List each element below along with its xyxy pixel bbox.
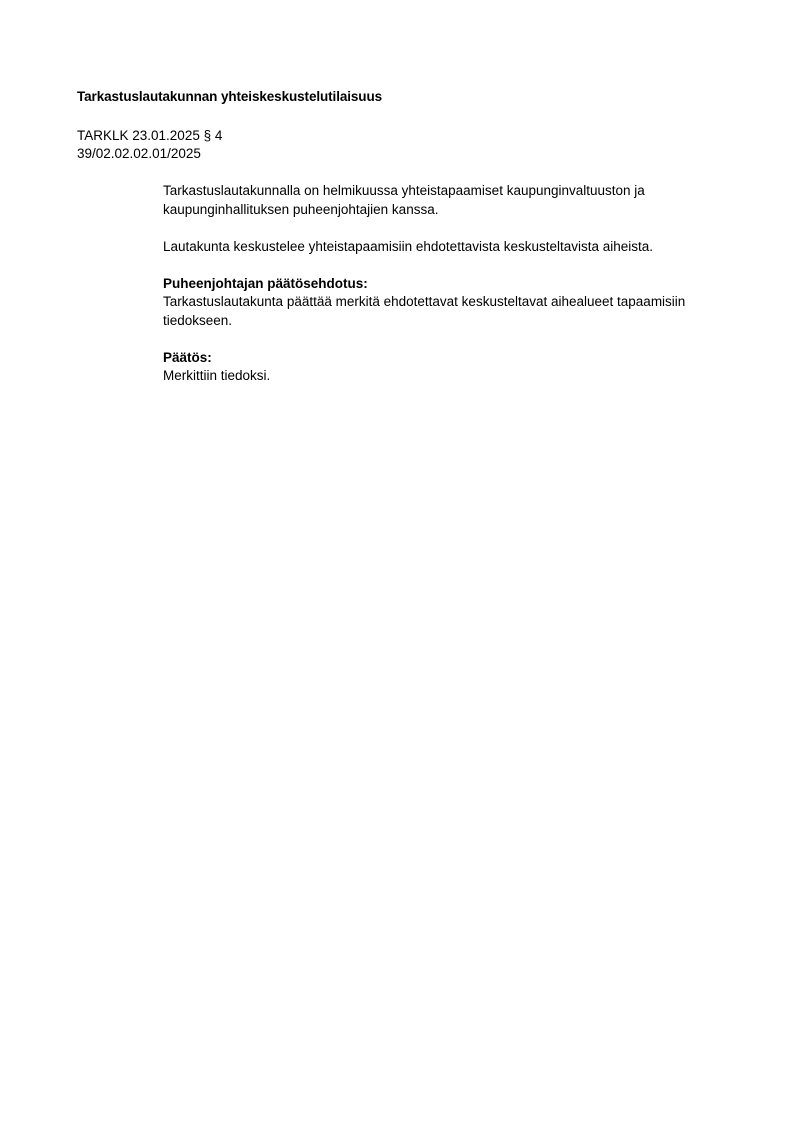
meeting-reference: TARKLK 23.01.2025 § 4 [77, 127, 222, 145]
decision-text: Merkittiin tiedoksi. [163, 367, 743, 386]
paragraph-discussion: Lautakunta keskustelee yhteistapaamisiin… [163, 238, 743, 257]
decision-section: Päätös: Merkittiin tiedoksi. [163, 349, 743, 386]
decision-label: Päätös: [163, 349, 743, 368]
document-meta: TARKLK 23.01.2025 § 4 39/02.02.02.01/202… [77, 127, 222, 163]
proposal-section: Puheenjohtajan päätösehdotus: Tarkastusl… [163, 275, 743, 331]
proposal-label: Puheenjohtajan päätösehdotus: [163, 275, 743, 294]
diary-number: 39/02.02.02.01/2025 [77, 145, 222, 163]
document-title: Tarkastuslautakunnan yhteiskeskustelutil… [77, 89, 382, 104]
proposal-text: Tarkastuslautakunta päättää merkitä ehdo… [163, 293, 743, 330]
document-body: Tarkastuslautakunnalla on helmikuussa yh… [163, 182, 743, 404]
paragraph-intro: Tarkastuslautakunnalla on helmikuussa yh… [163, 182, 743, 219]
